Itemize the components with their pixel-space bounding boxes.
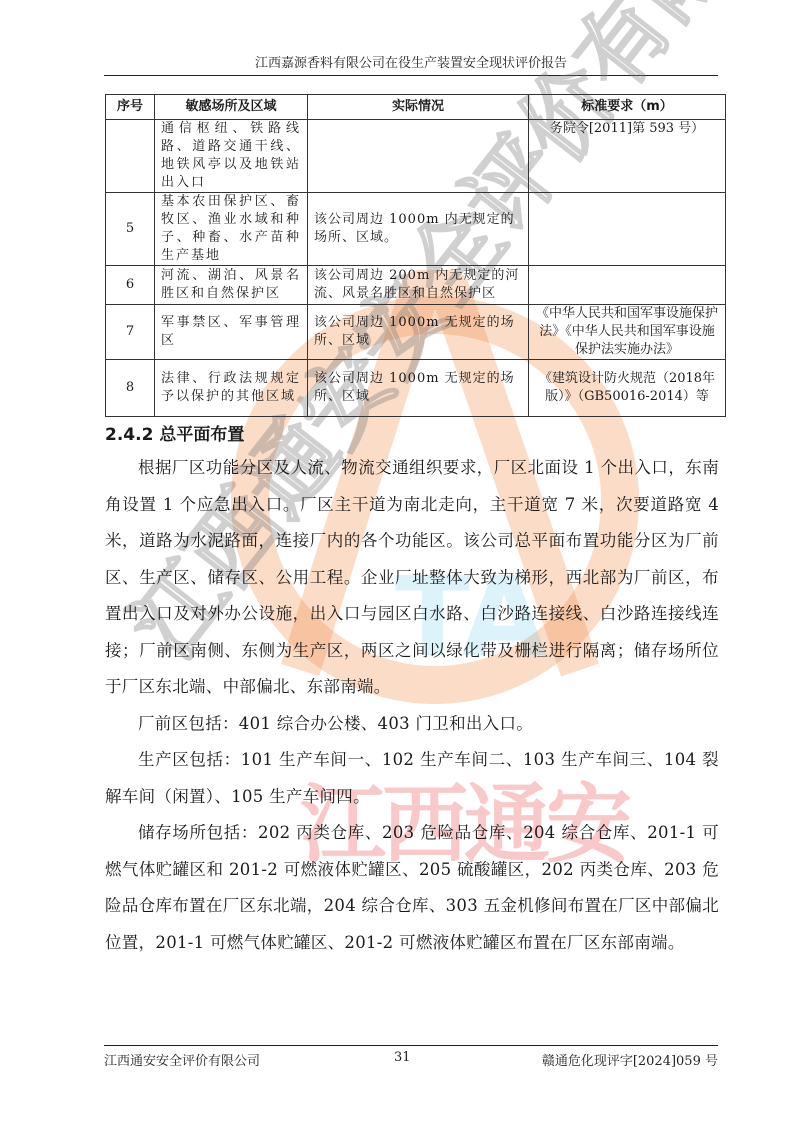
cell-place: 河流、湖泊、风景名胜区和自然保护区 [155,266,308,305]
cell-num: 6 [106,266,155,305]
section-heading: 2.4.2 总平面布置 [105,420,244,445]
cell-standard [529,193,726,266]
cell-actual: 该公司周边 200m 内无规定的河流、风景名胜区和自然保护区 [308,266,529,305]
cell-place: 法律、行政法规规定予以保护的其他区域 [155,360,308,417]
footer-company: 江西通安安全评价有限公司 [104,1050,260,1069]
column-header-place: 敏感场所及区域 [155,95,308,120]
cell-num: 8 [106,360,155,417]
column-header-standard: 标准要求（m） [529,95,726,120]
cell-standard: 务院令[2011]第 593 号） [529,120,726,193]
paragraph: 厂前区包括：401 综合办公楼、403 门卫和出入口。 [105,706,719,743]
paragraph: 生产区包括：101 生产车间一、102 生产车间二、103 生产车间三、104 … [105,742,719,815]
cell-standard: 《建筑设计防火规范（2018年版）》（GB50016-2014）等 [529,360,726,417]
column-header-actual: 实际情况 [308,95,529,120]
cell-actual: 该公司周边 1000m 无规定的场所、区域 [308,360,529,417]
cell-actual: 该公司周边 1000m 内无规定的场所、区域。 [308,193,529,266]
cell-place: 基本农田保护区、畜牧区、渔业水域和种子、种畜、水产苗种生产基地 [155,193,308,266]
cell-num [106,120,155,193]
cell-standard [529,266,726,305]
footer-divider [104,1045,718,1046]
paragraph: 根据厂区功能分区及人流、物流交通组织要求，厂区北面设 1 个出入口，东南角设置 … [105,450,719,706]
table-row: 6 河流、湖泊、风景名胜区和自然保护区 该公司周边 200m 内无规定的河流、风… [106,266,726,305]
running-header: 江西嘉源香料有限公司在役生产装置安全现状评价报告 [104,52,718,71]
page-number: 31 [394,1050,411,1065]
table-row: 7 军事禁区、军事管理区 该公司周边 1000m 无规定的场所、区域 《中华人民… [106,305,726,360]
footer-doc-number: 赣通危化现评字[2024]059 号 [542,1050,718,1069]
column-header-num: 序号 [106,95,155,120]
table-row: 5 基本农田保护区、畜牧区、渔业水域和种子、种畜、水产苗种生产基地 该公司周边 … [106,193,726,266]
cell-standard: 《中华人民共和国军事设施保护法》《中华人民共和国军事设施保护法实施办法》 [529,305,726,360]
table-row: 通信枢纽、铁路线路、道路交通干线、地铁风亭以及地铁站出入口 务院令[2011]第… [106,120,726,193]
section-body: 根据厂区功能分区及人流、物流交通组织要求，厂区北面设 1 个出入口，东南角设置 … [105,450,719,961]
cell-actual: 该公司周边 1000m 无规定的场所、区域 [308,305,529,360]
cell-num: 7 [106,305,155,360]
paragraph: 储存场所包括：202 丙类仓库、203 危险品仓库、204 综合仓库、201-1… [105,815,719,961]
header-divider [104,75,718,76]
cell-place: 军事禁区、军事管理区 [155,305,308,360]
cell-num: 5 [106,193,155,266]
table-row: 8 法律、行政法规规定予以保护的其他区域 该公司周边 1000m 无规定的场所、… [106,360,726,417]
table-header-row: 序号 敏感场所及区域 实际情况 标准要求（m） [106,95,726,120]
cell-actual [308,120,529,193]
document-page: TA 江西通安安全评价有限公司 江西通安 江西嘉源香料有限公司在役生产装置安全现… [0,0,794,1123]
cell-place: 通信枢纽、铁路线路、道路交通干线、地铁风亭以及地铁站出入口 [155,120,308,193]
sensitive-areas-table: 序号 敏感场所及区域 实际情况 标准要求（m） 通信枢纽、铁路线路、道路交通干线… [105,94,726,417]
